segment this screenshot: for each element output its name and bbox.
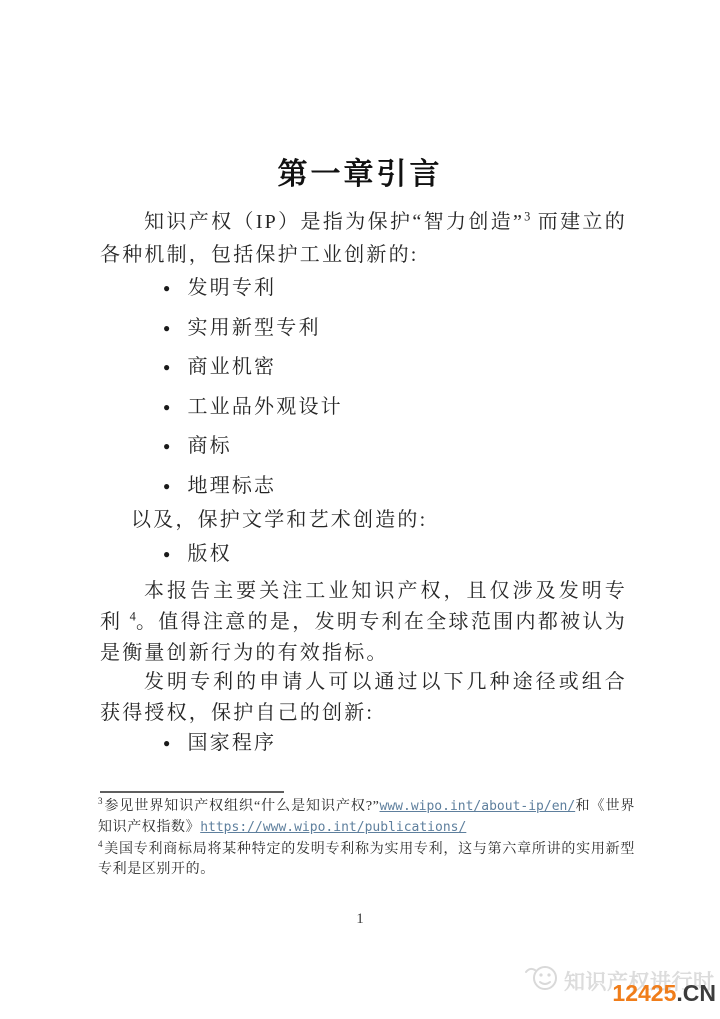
literary-intro-line: 以及，保护文学和艺术创造的:: [100, 504, 627, 537]
footnote-4-text: 美国专利商标局将某种特定的发明专利称为实用专利，这与第六章所讲的实用新型专利是区…: [98, 842, 635, 878]
footnote-3-text: 参见世界知识产权组织“什么是知识产权?”: [104, 799, 379, 814]
list-item: 国家程序: [163, 731, 276, 755]
page-number: 1: [0, 911, 720, 928]
document-page: 第一章引言 知识产权（IP）是指为保护“智力创造”3 而建立的各种机制，包括保护…: [0, 0, 720, 1019]
site-watermark: 知识产权进行时 12425.CN: [522, 958, 718, 1010]
list-item: 商标: [163, 434, 343, 458]
footnote-3-marker: 3: [98, 796, 103, 806]
chapter-title: 第一章引言: [0, 149, 720, 193]
wipo-about-ip-link[interactable]: www.wipo.int/about-ip/en/: [380, 799, 576, 814]
industrial-ip-list: 发明专利 实用新型专利 商业机密 工业品外观设计 商标 地理标志: [163, 276, 343, 513]
footnote-4-marker: 4: [98, 839, 103, 849]
watermark-domain: 12425.CN: [612, 980, 716, 1007]
list-item: 实用新型专利: [163, 316, 343, 340]
footnotes-section: 3参见世界知识产权组织“什么是知识产权?”www.wipo.int/about-…: [98, 797, 635, 882]
list-item: 商业机密: [163, 355, 343, 379]
list-item: 地理标志: [163, 474, 343, 498]
paragraph-application-routes: 发明专利的申请人可以通过以下几种途径或组合获得授权，保护自己的创新:: [100, 667, 627, 728]
paragraph-report-focus: 本报告主要关注工业知识产权，且仅涉及发明专利 4。值得注意的是，发明专利在全球范…: [100, 576, 627, 668]
footnote-separator: [100, 791, 284, 793]
footnote-4: 4美国专利商标局将某种特定的发明专利称为实用专利，这与第六章所讲的实用新型专利是…: [98, 840, 635, 882]
footnote-3: 3参见世界知识产权组织“什么是知识产权?”www.wipo.int/about-…: [98, 797, 635, 839]
list-item: 版权: [163, 542, 232, 566]
paragraph-ip-definition: 知识产权（IP）是指为保护“智力创造”3 而建立的各种机制，包括保护工业创新的:: [100, 206, 627, 272]
smiley-face-logo-icon: [522, 962, 562, 999]
watermark-domain-number: 12425: [612, 980, 676, 1006]
procedure-list: 国家程序: [163, 731, 276, 771]
watermark-domain-suffix: .CN: [676, 980, 716, 1006]
paragraph-ip-definition-pre: 知识产权（IP）是指为保护“智力创造”: [144, 211, 524, 233]
list-item: 发明专利: [163, 276, 343, 300]
list-item: 工业品外观设计: [163, 395, 343, 419]
paragraph-report-focus-post: 。值得注意的是，发明专利在全球范围内都被认为是衡量创新行为的有效指标。: [100, 611, 627, 664]
wipo-publications-link[interactable]: https://www.wipo.int/publications/: [200, 820, 466, 835]
